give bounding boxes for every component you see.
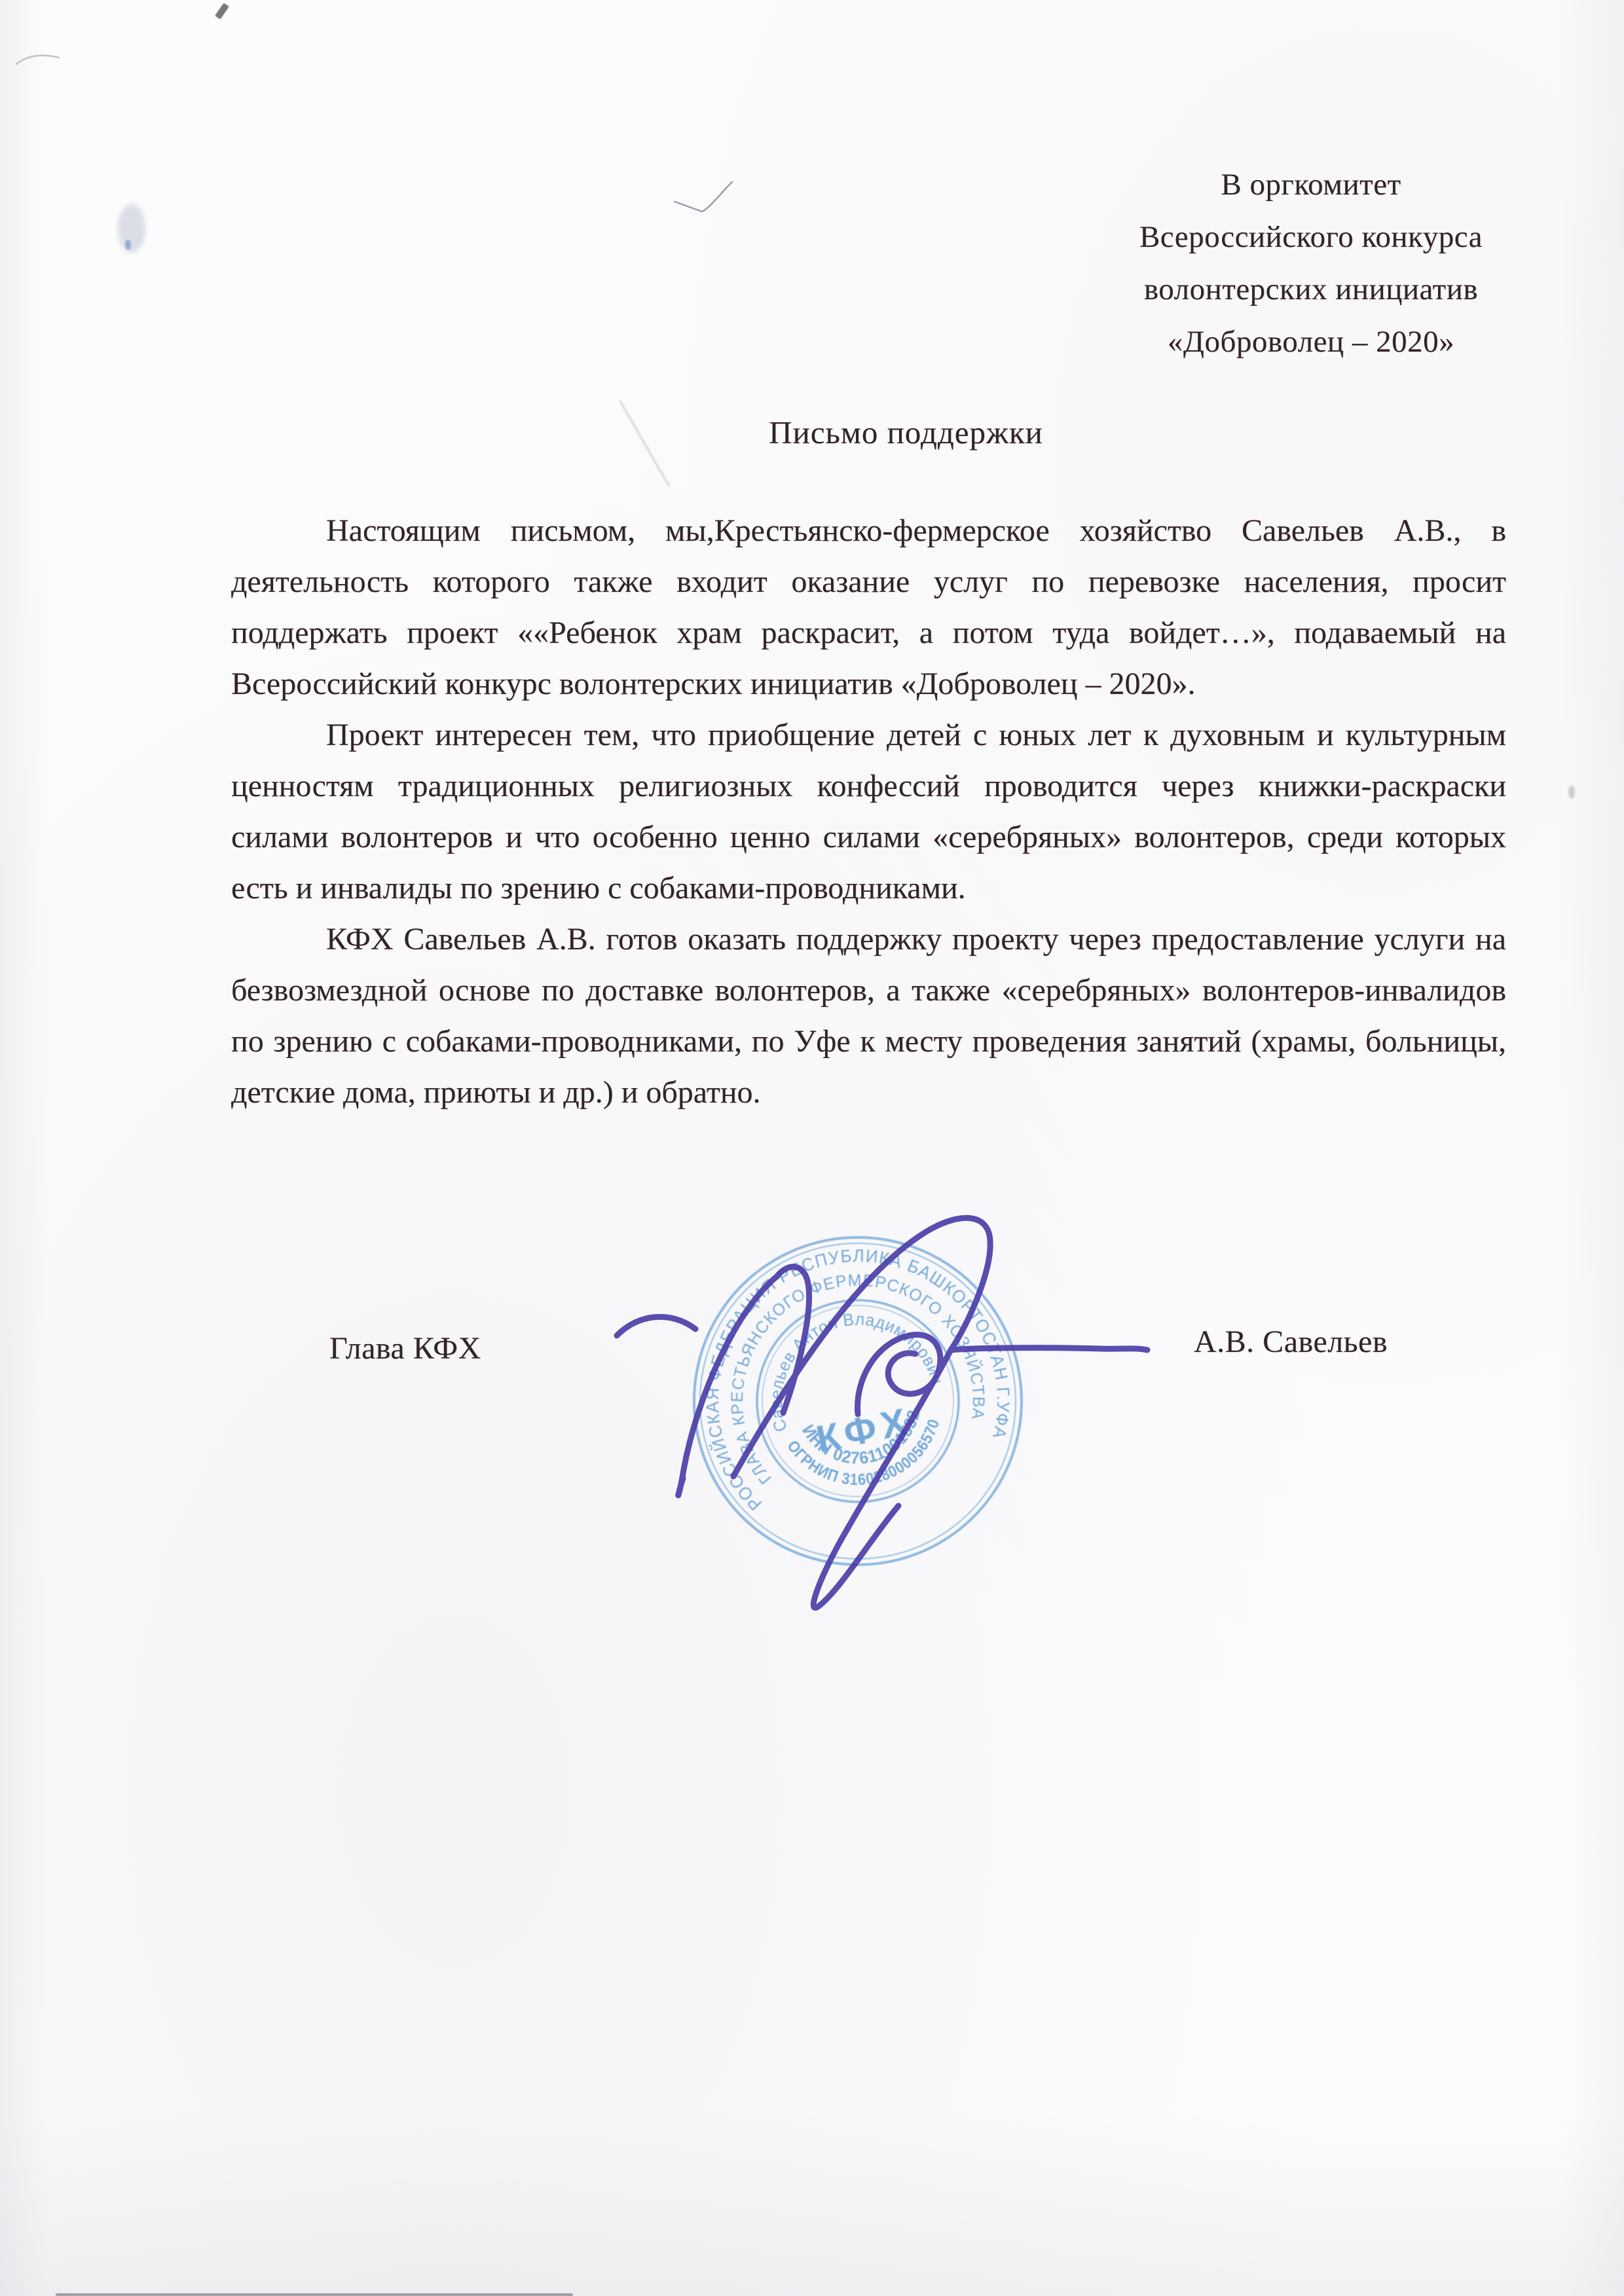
paragraph: КФХ Савельев А.В. готов оказать поддержк…: [231, 914, 1506, 1118]
scan-fleck: [215, 3, 229, 19]
recipient-line: волонтерских инициатив: [1115, 263, 1507, 316]
scan-checkmark-mark: [668, 175, 740, 221]
scan-blob-dot: [125, 240, 131, 250]
signer-position-label: Глава КФХ: [329, 1330, 481, 1366]
signature-stroke-leg1: [678, 1277, 777, 1495]
document-title: Письмо поддержки: [268, 414, 1543, 451]
document-page: В оргкомитет Всероссийского конкурса вол…: [0, 0, 1624, 2296]
recipient-line: В оргкомитет: [1115, 158, 1507, 211]
recipient-line: Всероссийского конкурса: [1115, 211, 1507, 263]
signature-stroke-loop: [858, 1335, 940, 1414]
scan-speck: [1568, 786, 1575, 799]
paragraph: Настоящим письмом, мы,Крестьянско-фермер…: [231, 505, 1506, 710]
scan-bottom-edge: [56, 2293, 573, 2296]
handwritten-signature: [576, 1185, 1179, 1683]
paragraph: Проект интересен тем, что приобщение дет…: [231, 710, 1506, 914]
scan-blob: [118, 204, 145, 253]
signer-name: А.В. Савельев: [1194, 1324, 1388, 1360]
signature-strokes: [617, 1218, 1147, 1607]
scan-curve-mark: [13, 46, 65, 72]
recipient-line: «Доброволец – 2020»: [1115, 316, 1507, 368]
signature-stroke-dash: [617, 1317, 695, 1336]
letter-body: Настоящим письмом, мы,Крестьянско-фермер…: [231, 505, 1506, 1118]
recipient-block: В оргкомитет Всероссийского конкурса вол…: [1115, 158, 1507, 368]
